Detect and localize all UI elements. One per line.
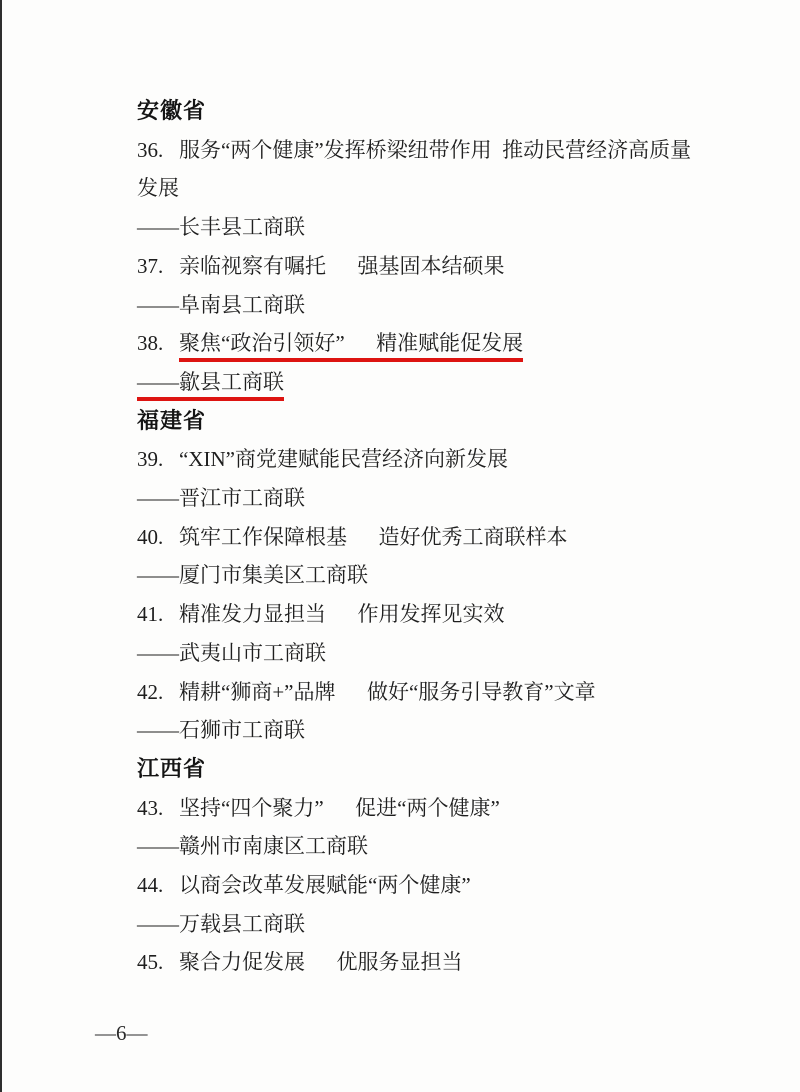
entry-number-39: 39. — [137, 440, 179, 479]
entry-title-42: 42.精耕“狮商+”品牌 做好“服务引导教育”文章 — [137, 673, 708, 712]
entry-org-36: ——长丰县工商联 — [137, 208, 708, 247]
entry-org-text-42: ——石狮市工商联 — [137, 718, 305, 742]
scan-edge-artifact — [0, 0, 2, 1092]
province-heading-jiangxi: 江西省 — [137, 750, 708, 789]
entry-org-41: ——武夷山市工商联 — [137, 634, 708, 673]
section-fujian: 福建省 39.“XIN”商党建赋能民营经济向新发展 ——晋江市工商联 40.筑牢… — [137, 402, 708, 750]
entry-title-38: 38.聚焦“政治引领好” 精准赋能促发展 — [137, 324, 708, 363]
entry-org-text-36: ——长丰县工商联 — [137, 215, 305, 239]
entry-org-text-38-red-underlined: ——歙县工商联 — [137, 370, 284, 401]
entry-title-41: 41.精准发力显担当 作用发挥见实效 — [137, 595, 708, 634]
section-anhui: 安徽省 36.服务“两个健康”发挥桥梁纽带作用 推动民营经济高质量发展 ——长丰… — [137, 92, 708, 402]
entry-title-text-39: “XIN”商党建赋能民营经济向新发展 — [179, 447, 508, 471]
entry-number-44: 44. — [137, 866, 179, 905]
entry-title-37: 37.亲临视察有嘱托 强基固本结硕果 — [137, 247, 708, 286]
entry-title-44: 44.以商会改革发展赋能“两个健康” — [137, 866, 708, 905]
entry-title-40: 40.筑牢工作保障根基 造好优秀工商联样本 — [137, 518, 708, 557]
entry-org-44: ——万载县工商联 — [137, 905, 708, 944]
entry-title-text-40: 筑牢工作保障根基 造好优秀工商联样本 — [179, 525, 568, 549]
entry-org-text-41: ——武夷山市工商联 — [137, 641, 326, 665]
entry-title-text-44: 以商会改革发展赋能“两个健康” — [179, 873, 471, 897]
entry-number-41: 41. — [137, 595, 179, 634]
entry-title-45: 45.聚合力促发展 优服务显担当 — [137, 943, 708, 982]
entry-number-43: 43. — [137, 789, 179, 828]
entry-title-text-38-red-underlined: 聚焦“政治引领好” 精准赋能促发展 — [179, 331, 523, 362]
province-heading-anhui: 安徽省 — [137, 92, 708, 131]
entry-org-text-40: ——厦门市集美区工商联 — [137, 563, 368, 587]
entry-org-40: ——厦门市集美区工商联 — [137, 556, 708, 595]
entry-title-text-45: 聚合力促发展 优服务显担当 — [179, 950, 463, 974]
entry-number-36: 36. — [137, 131, 179, 170]
entry-org-text-44: ——万载县工商联 — [137, 912, 305, 936]
entry-title-text-42: 精耕“狮商+”品牌 做好“服务引导教育”文章 — [179, 680, 596, 704]
entry-org-43: ——赣州市南康区工商联 — [137, 827, 708, 866]
province-heading-fujian: 福建省 — [137, 402, 708, 441]
entry-org-text-39: ——晋江市工商联 — [137, 486, 305, 510]
entry-title-text-41: 精准发力显担当 作用发挥见实效 — [179, 602, 505, 626]
entry-org-text-37: ——阜南县工商联 — [137, 293, 305, 317]
entry-number-45: 45. — [137, 943, 179, 982]
entry-number-37: 37. — [137, 247, 179, 286]
entry-org-38: ——歙县工商联 — [137, 363, 708, 402]
entry-title-text-43: 坚持“四个聚力” 促进“两个健康” — [179, 796, 500, 820]
entry-title-text-36: 服务“两个健康”发挥桥梁纽带作用 推动民营经济高质量发展 — [137, 138, 691, 201]
entry-org-text-43: ——赣州市南康区工商联 — [137, 834, 368, 858]
entry-org-42: ——石狮市工商联 — [137, 711, 708, 750]
entry-title-text-37: 亲临视察有嘱托 强基固本结硕果 — [179, 254, 505, 278]
page-number: —6— — [95, 1021, 148, 1045]
entry-title-36: 36.服务“两个健康”发挥桥梁纽带作用 推动民营经济高质量发展 — [137, 131, 708, 208]
entry-number-38: 38. — [137, 324, 179, 363]
entry-number-40: 40. — [137, 518, 179, 557]
document-page: 安徽省 36.服务“两个健康”发挥桥梁纽带作用 推动民营经济高质量发展 ——长丰… — [0, 0, 800, 982]
entry-org-37: ——阜南县工商联 — [137, 286, 708, 325]
entry-title-43: 43.坚持“四个聚力” 促进“两个健康” — [137, 789, 708, 828]
entry-org-39: ——晋江市工商联 — [137, 479, 708, 518]
entry-title-39: 39.“XIN”商党建赋能民营经济向新发展 — [137, 440, 708, 479]
section-jiangxi: 江西省 43.坚持“四个聚力” 促进“两个健康” ——赣州市南康区工商联 44.… — [137, 750, 708, 982]
entry-number-42: 42. — [137, 673, 179, 712]
